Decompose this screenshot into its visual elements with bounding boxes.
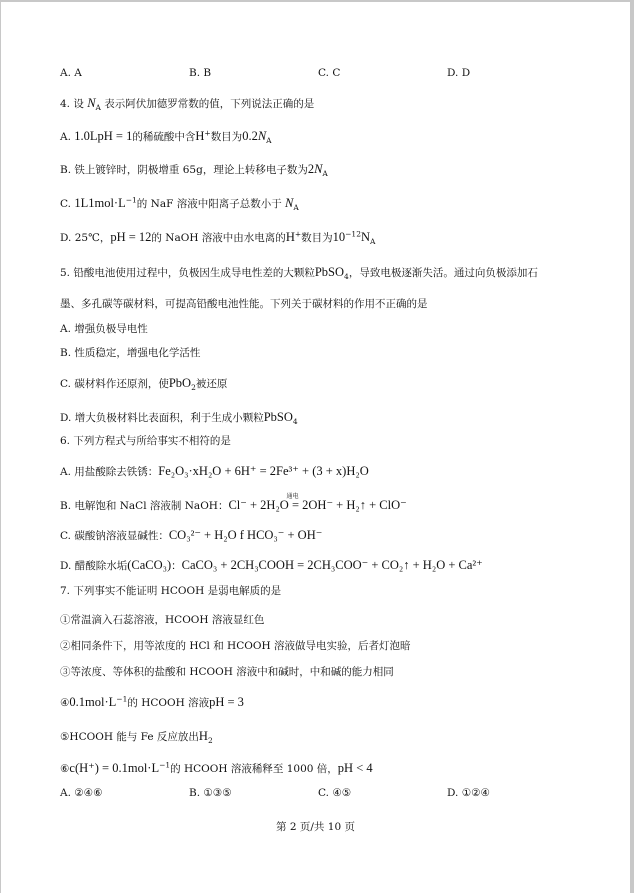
q7-option-a[interactable]: A. ②④⑥ <box>60 786 103 800</box>
equation: Fe₂O₃·xH₂O + 6H⁺ = 2Fe³⁺ + (3 + x)H₂O <box>158 464 368 478</box>
sub: A <box>293 203 298 212</box>
text: 被还原 <box>196 378 228 390</box>
sup: −1 <box>159 761 170 770</box>
q4-stem-prefix: 4. 设 <box>60 98 87 110</box>
q6-option-b[interactable]: B. 电解饱和 NaCl 溶液制 NaOH：通电Cl⁻ + 2H₂O = 2OH… <box>60 498 407 513</box>
sup: −12 <box>345 230 361 239</box>
label: C. 碳酸钠溶液显碱性： <box>60 530 169 542</box>
q5-stem-line1: 5. 铅酸电池使用过程中，负极因生成导电性差的大颗粒PbSO4，导致电极逐渐失活… <box>60 265 538 280</box>
q7-option-d[interactable]: D. ①②④ <box>447 786 490 800</box>
q6-option-a[interactable]: A. 用盐酸除去铁锈：Fe₂O₃·xH₂O + 6H⁺ = 2Fe³⁺ + (3… <box>60 464 369 479</box>
text: 的 HCOOH 溶液稀释至 1000 倍， <box>170 763 338 775</box>
label: A. <box>60 131 74 143</box>
text: 的 HCOOH 溶液 <box>127 697 209 709</box>
q7-stem: 7. 下列事实不能证明 HCOOH 是弱电解质的是 <box>60 584 281 598</box>
math: pH < 4 <box>338 761 373 775</box>
text: 25℃， <box>75 232 111 244</box>
sup: −1 <box>126 196 137 205</box>
q7-item-1: ①常温滴入石蕊溶液，HCOOH 溶液显红色 <box>60 613 264 627</box>
chem: PbSO <box>264 410 293 424</box>
math: c(H⁺) = 0.1mol·L <box>69 761 159 775</box>
text: 5. 铅酸电池使用过程中，负极因生成导电性差的大颗粒 <box>60 267 315 279</box>
label: A. 用盐酸除去铁锈： <box>60 466 158 478</box>
sup: −1 <box>116 695 127 704</box>
text: 的 NaOH 溶液中由水电离的 <box>151 232 285 244</box>
colon: ： <box>171 560 182 572</box>
q6-option-c[interactable]: C. 碳酸钠溶液显碱性：CO₃²⁻ + H₂O f HCO₃⁻ + OH⁻ <box>60 528 322 543</box>
text: 数目为 <box>301 232 333 244</box>
q4-option-c[interactable]: C. 1L1mol·L−1的 NaF 溶液中阳离子总数小于 NA <box>60 196 299 211</box>
text: C. 碳材料作还原剂，使 <box>60 378 169 390</box>
math: H <box>286 230 295 244</box>
page-footer: 第 2 页/共 10 页 <box>1 819 630 834</box>
text: 数目为 <box>211 131 243 143</box>
marker: ④ <box>60 697 69 709</box>
q5-option-d[interactable]: D. 增大负极材料比表面积，利于生成小颗粒PbSO4 <box>60 410 298 425</box>
math: pH = 3 <box>209 695 244 709</box>
math: 1.0LpH = 1 <box>74 129 132 143</box>
equation: CaCO₃ + 2CH₃COOH = 2CH₃COO⁻ + CO₂↑ + H₂O… <box>182 558 483 572</box>
text: 的 NaF 溶液中阳离子总数小于 <box>137 198 285 210</box>
text: ，导致电极逐渐失活。通过向负极添加石 <box>349 267 538 279</box>
math: 1L1mol·L <box>74 196 125 210</box>
text: 铁上镀锌时，阴极增重 65g，理论上转移电子数为 <box>74 164 307 176</box>
equation: CO₃²⁻ + H₂O f HCO₃⁻ + OH⁻ <box>169 528 323 542</box>
math: 0.1mol·L <box>69 695 116 709</box>
condition-label: 通电 <box>286 490 298 504</box>
q5-option-a[interactable]: A. 增强负极导电性 <box>60 322 148 336</box>
q4-stem-suffix: 表示阿伏加德罗常数的值，下列说法正确的是 <box>101 98 314 110</box>
chem: PbO <box>169 376 191 390</box>
q7-item-4: ④0.1mol·L−1的 HCOOH 溶液pH = 3 <box>60 695 244 710</box>
text: D. 增大负极材料比表面积，利于生成小颗粒 <box>60 412 264 424</box>
q4-option-b[interactable]: B. 铁上镀锌时，阴极增重 65g，理论上转移电子数为2NA <box>60 162 328 177</box>
math-symbol: N <box>258 129 266 143</box>
label: B. 电解饱和 NaCl 溶液制 NaOH： <box>60 500 228 512</box>
q4-option-a[interactable]: A. 1.0LpH = 1的稀硫酸中含H+数目为0.2NA <box>60 129 272 144</box>
q7-option-b[interactable]: B. ①③⑤ <box>189 786 232 800</box>
sub: A <box>266 136 271 145</box>
q3-option-b[interactable]: B. B <box>189 66 211 80</box>
q7-item-5: ⑤HCOOH 能与 Fe 反应放出H2 <box>60 729 213 744</box>
marker: ⑥ <box>60 763 69 775</box>
q5-option-c[interactable]: C. 碳材料作还原剂，使PbO2被还原 <box>60 376 227 391</box>
chem: PbSO <box>315 265 344 279</box>
label: C. <box>60 198 74 210</box>
label: D. 醋酸除水垢 <box>60 560 127 572</box>
chem: H <box>199 729 208 743</box>
q3-option-d[interactable]: D. D <box>447 66 470 80</box>
label: D. <box>60 232 75 244</box>
label: B. <box>60 164 74 176</box>
q3-option-a[interactable]: A. A <box>60 66 82 80</box>
q4-option-d[interactable]: D. 25℃，pH = 12的 NaOH 溶液中由水电离的H+数目为10−12N… <box>60 230 375 245</box>
text: 的稀硫酸中含 <box>132 131 195 143</box>
q3-option-c[interactable]: C. C <box>318 66 340 80</box>
math: pH = 12 <box>110 230 151 244</box>
math: 0.2 <box>242 129 258 143</box>
q5-stem-line2: 墨、多孔碳等碳材料，可提高铅酸电池性能。下列关于碳材料的作用不正确的是 <box>60 297 428 311</box>
sub: 2 <box>208 736 213 745</box>
sub: A <box>322 169 327 178</box>
paren-formula: (CaCO₃) <box>127 558 171 572</box>
condition-wrapper: 通电Cl⁻ + 2H₂O = 2OH⁻ + H₂↑ + ClO⁻ <box>228 498 406 513</box>
document-page: A. A B. B C. C D. D 4. 设 NA 表示阿伏加德罗常数的值，… <box>1 2 630 893</box>
sub: 4 <box>293 417 298 426</box>
q6-option-d[interactable]: D. 醋酸除水垢(CaCO₃)：CaCO₃ + 2CH₃COOH = 2CH₃C… <box>60 558 483 573</box>
q7-option-c[interactable]: C. ④⑤ <box>318 786 351 800</box>
math: N <box>361 230 370 244</box>
equation: Cl⁻ + 2H₂O = 2OH⁻ + H₂↑ + ClO⁻ <box>228 498 406 512</box>
q4-stem-symbol: N <box>87 96 95 110</box>
q7-item-6: ⑥c(H⁺) = 0.1mol·L−1的 HCOOH 溶液稀释至 1000 倍，… <box>60 761 373 776</box>
q7-item-2: ②相同条件下，用等浓度的 HCl 和 HCOOH 溶液做导电实验，后者灯泡暗 <box>60 639 410 653</box>
q6-stem: 6. 下列方程式与所给事实不相符的是 <box>60 434 231 448</box>
text: ⑤HCOOH 能与 Fe 反应放出 <box>60 731 199 743</box>
q5-option-b[interactable]: B. 性质稳定，增强电化学活性 <box>60 346 200 360</box>
q7-item-3: ③等浓度、等体积的盐酸和 HCOOH 溶液中和碱时，中和碱的能力相同 <box>60 665 394 679</box>
sub: A <box>370 237 375 246</box>
math: 10 <box>333 230 346 244</box>
q4-stem: 4. 设 NA 表示阿伏加德罗常数的值，下列说法正确的是 <box>60 96 314 111</box>
